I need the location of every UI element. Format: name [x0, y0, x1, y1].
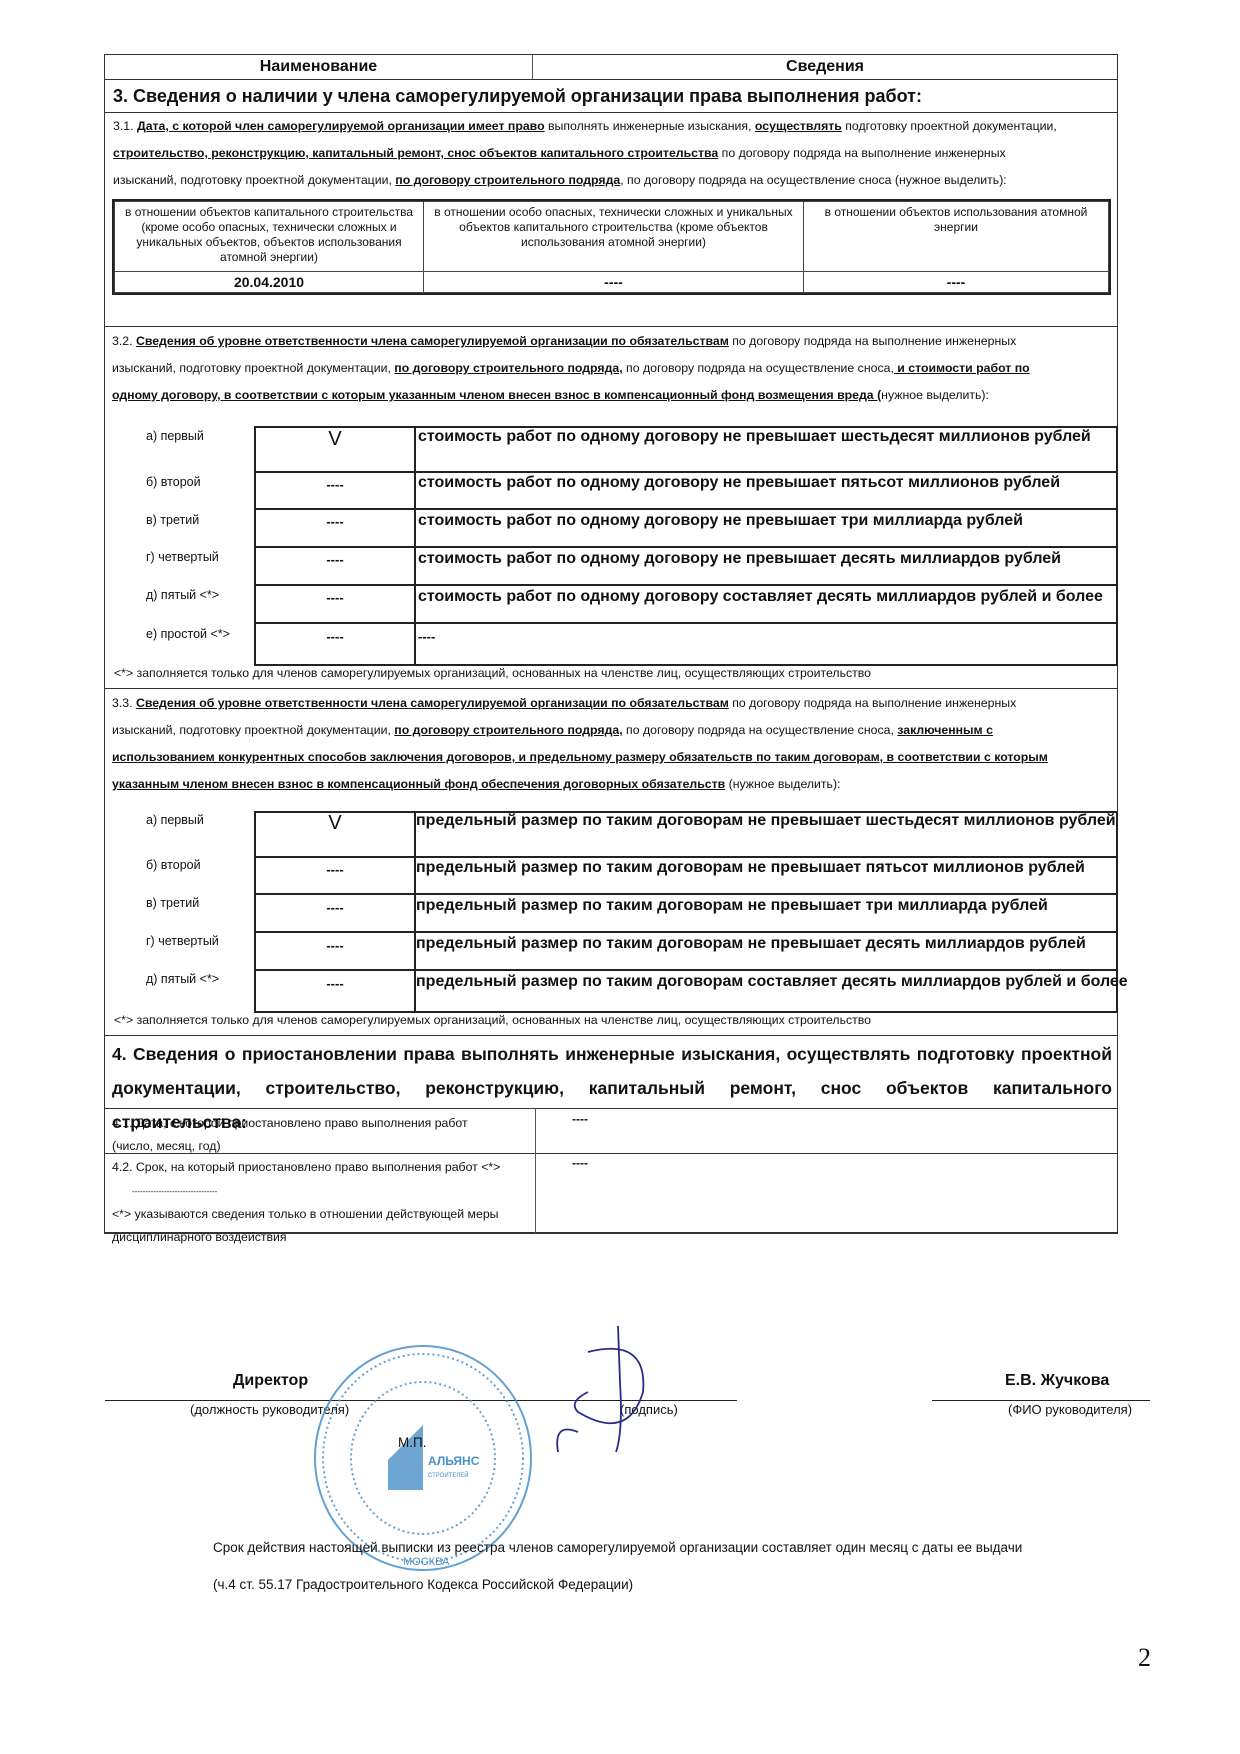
position-title: Директор	[233, 1372, 308, 1390]
level-mark: ----	[256, 938, 414, 953]
level-text: предельный размер по таким договорам сос…	[416, 973, 1128, 991]
svg-text:АЛЬЯНС: АЛЬЯНС	[428, 1454, 480, 1468]
level-label: д) пятый <*>	[146, 972, 219, 986]
level-label: а) первый	[146, 813, 204, 827]
page-number: 2	[1138, 1643, 1151, 1673]
level-text: предельный размер по таким договорам не …	[416, 812, 1116, 830]
rights-header-1: в отношении объектов капитального строит…	[115, 202, 424, 272]
section-3-title: 3. Сведения о наличии у члена саморегули…	[105, 80, 1117, 113]
level-mark: ----	[256, 514, 414, 529]
table-header: Наименование Сведения	[105, 55, 1117, 80]
level-mark-checked: V	[256, 812, 414, 835]
level-text: предельный размер по таким договорам не …	[416, 935, 1086, 953]
level-text: предельный размер по таким договорам не …	[416, 859, 1085, 877]
level-mark: ----	[256, 862, 414, 877]
level-label: б) второй	[146, 475, 201, 489]
level-label: в) третий	[146, 896, 199, 910]
name-line	[932, 1400, 1150, 1401]
rights-value-2: ----	[424, 272, 804, 293]
director-name: Е.В. Жучкова	[1005, 1372, 1109, 1390]
level-mark: ----	[256, 629, 414, 644]
level-text: стоимость работ по одному договору не пр…	[418, 512, 1023, 530]
level-label: г) четвертый	[146, 550, 219, 564]
level-label: а) первый	[146, 429, 204, 443]
rights-table: в отношении объектов капитального строит…	[112, 199, 1111, 295]
rights-header-3: в отношении объектов использования атомн…	[804, 202, 1109, 272]
level-text: стоимость работ по одному договору не пр…	[418, 550, 1061, 568]
level-mark: ----	[256, 976, 414, 991]
rights-header-2: в отношении особо опасных, технически сл…	[424, 202, 804, 272]
level-text: предельный размер по таким договорам не …	[416, 897, 1048, 915]
row-4-1-value: ----	[572, 1112, 588, 1126]
rights-value-1: 20.04.2010	[115, 272, 424, 293]
svg-text:МОСКВА: МОСКВА	[403, 1556, 450, 1568]
level-label: д) пятый <*>	[146, 588, 219, 602]
validity-note: Срок действия настоящей выписки из реест…	[213, 1540, 1022, 1555]
rights-value-3: ----	[804, 272, 1109, 293]
level-text: стоимость работ по одному договору соста…	[418, 588, 1103, 606]
row-4-1-label: 4.1. Дата, с которой приостановлено прав…	[112, 1112, 468, 1158]
law-reference: (ч.4 ст. 55.17 Градостроительного Кодекс…	[213, 1577, 633, 1592]
note-3-3: <*> заполняется только для членов саморе…	[114, 1013, 871, 1027]
level-label: б) второй	[146, 858, 201, 872]
level-label: г) четвертый	[146, 934, 219, 948]
level-mark: ----	[256, 900, 414, 915]
level-text: стоимость работ по одному договору не пр…	[418, 428, 1091, 446]
level-label: в) третий	[146, 513, 199, 527]
seal-mark: М.П.	[398, 1435, 426, 1450]
level-text: ----	[418, 629, 435, 644]
header-name: Наименование	[105, 55, 533, 79]
level-mark: ----	[256, 590, 414, 605]
note-3-2: <*> заполняется только для членов саморе…	[114, 666, 871, 680]
level-mark-checked: V	[256, 428, 414, 451]
document-page: Наименование Сведения 3. Сведения о нали…	[0, 0, 1240, 1754]
level-text: стоимость работ по одному договору не пр…	[418, 474, 1060, 492]
svg-text:СТРОИТЕЛЕЙ: СТРОИТЕЛЕЙ	[428, 1471, 469, 1479]
divider	[104, 326, 1118, 327]
level-mark: ----	[256, 477, 414, 492]
para-3-2: 3.2. Сведения об уровне ответственности …	[104, 328, 1120, 409]
para-3-1: 3.1. Дата, с которой член саморегулируем…	[105, 113, 1117, 194]
header-info: Сведения	[533, 55, 1117, 79]
level-mark: ----	[256, 552, 414, 567]
level-label: е) простой <*>	[146, 627, 230, 641]
handwritten-signature-icon	[548, 1322, 668, 1462]
name-caption: (ФИО руководителя)	[1008, 1402, 1132, 1417]
para-3-3: 3.3. Сведения об уровне ответственности …	[104, 690, 1120, 798]
